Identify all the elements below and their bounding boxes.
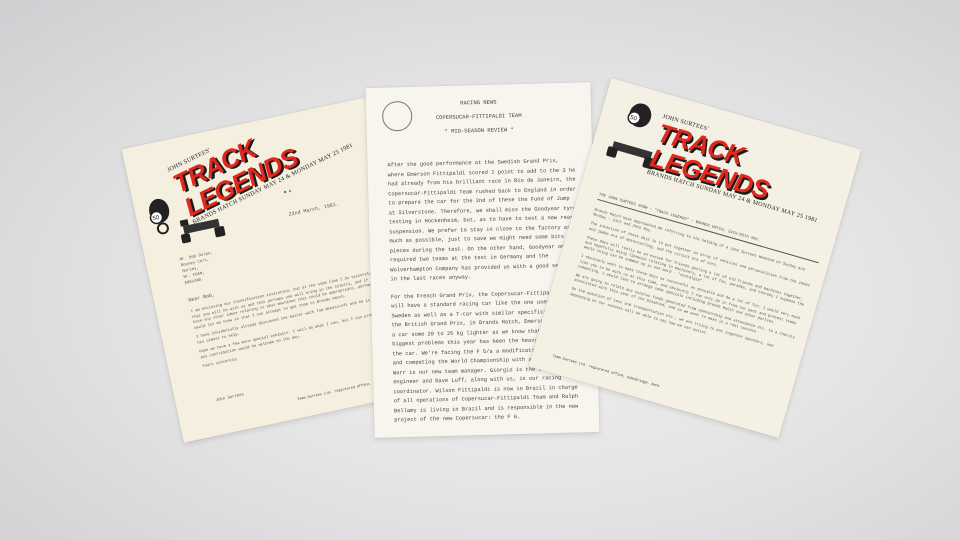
header-line: * MID-SEASON REVIEW *	[367, 124, 592, 137]
letter-body: I am enclosing our classification invita…	[191, 269, 399, 371]
letter-date: 22nd March, 1981.	[288, 200, 340, 218]
letterhead-title: TRACK LEGENDS	[648, 120, 855, 225]
letter-body: Brands Hatch have approached me referrin…	[569, 208, 816, 361]
body-paragraph: After the good performance at the Swedis…	[387, 156, 580, 284]
letter-header: RACING NEWS COPERSUCAR-FITTIPALDI TEAM *…	[366, 96, 592, 144]
race-car-icon	[175, 207, 230, 247]
sticker: ■ ♣	[284, 190, 292, 195]
greeting: Dear Bob,	[188, 291, 216, 304]
letterhead: JOHN SURTEES' TRACK LEGENDS BRANDS HATCH…	[166, 97, 383, 226]
address-block: Mr. Bob Dolan, Ronney Cort, Horsey, Nr. …	[179, 251, 218, 287]
signature: John Surtees	[215, 391, 245, 405]
header-line: COPERSUCAR-FITTIPALDI TEAM	[366, 110, 591, 123]
header-line: RACING NEWS	[366, 96, 591, 109]
